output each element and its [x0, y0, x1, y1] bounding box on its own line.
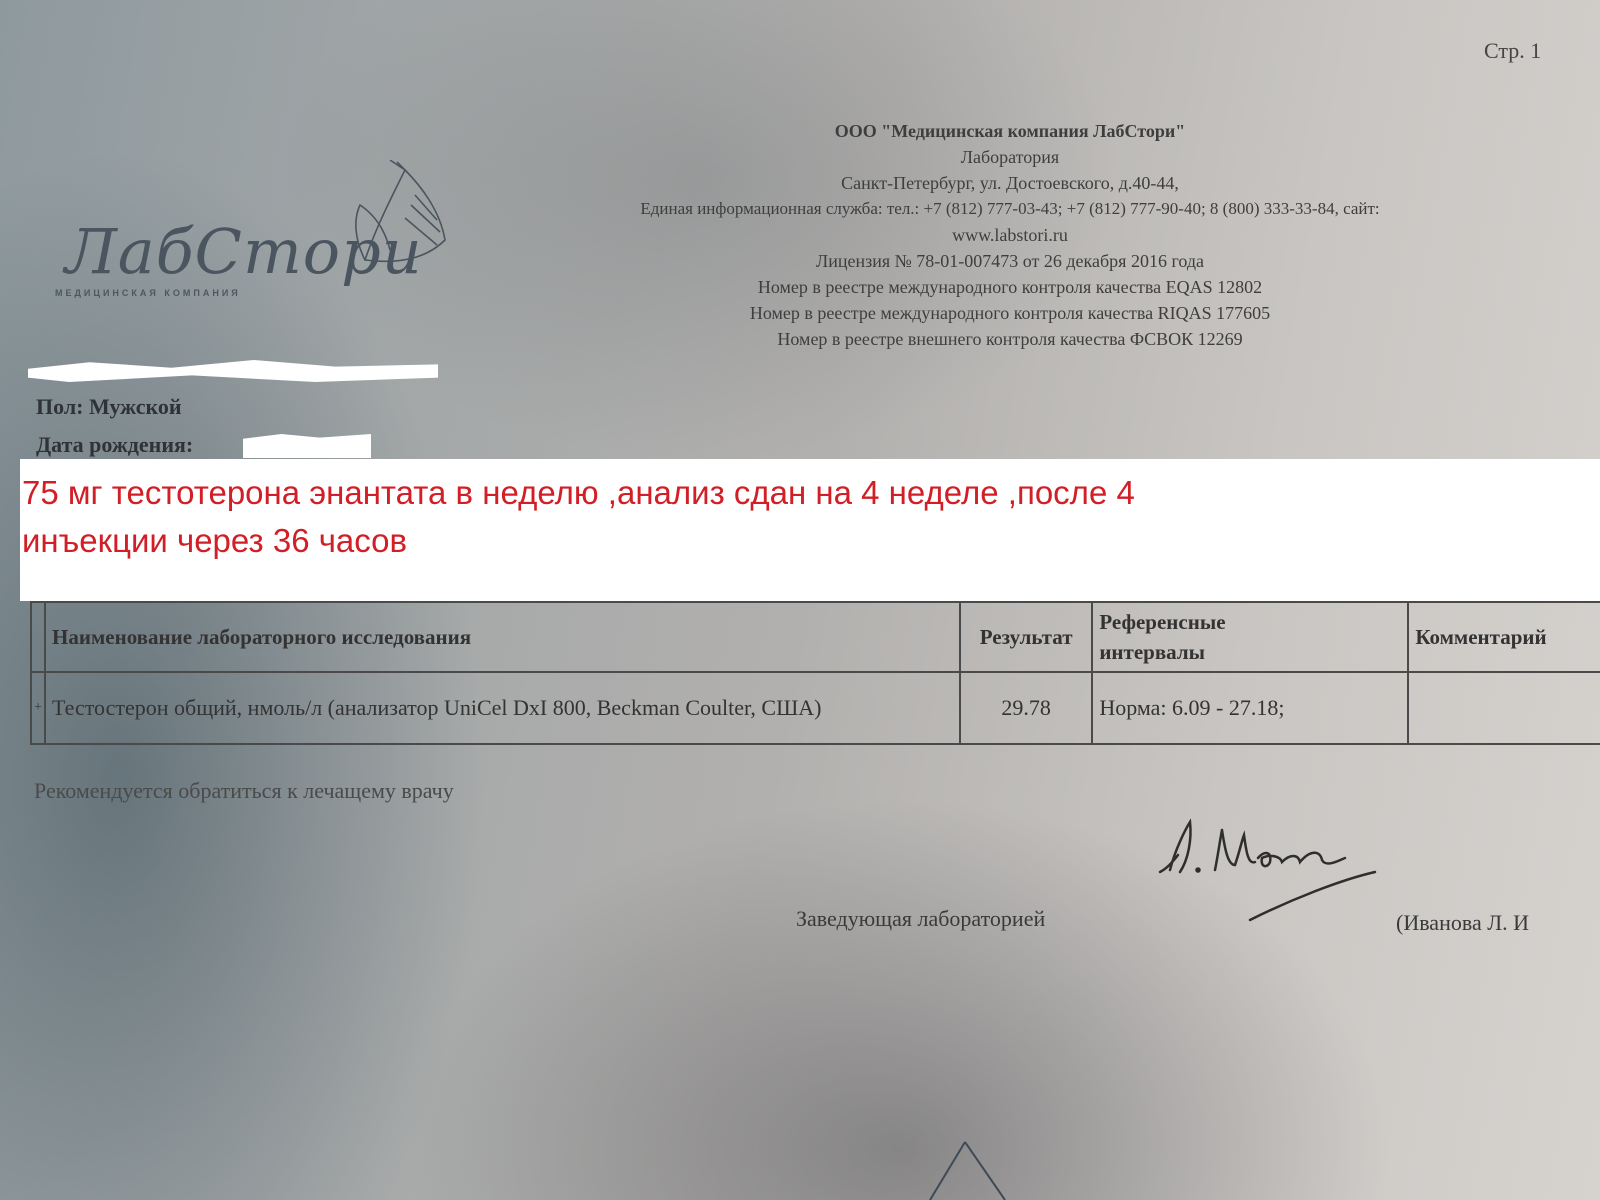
expand-column-header: [31, 602, 45, 672]
reference-header-line-2: интервалы: [1099, 637, 1401, 667]
test-name: Тестостерон общий, нмоль/л (анализатор U…: [45, 672, 960, 744]
company-name: ООО "Медицинская компания ЛабСтори": [480, 118, 1540, 144]
logo-wordmark: ЛабСтори: [65, 215, 423, 288]
column-header-name: Наименование лабораторного исследования: [45, 602, 960, 672]
column-header-result: Результат: [960, 602, 1092, 672]
redacted-patient-name: [28, 360, 438, 382]
license: Лицензия № 78-01-007473 от 26 декабря 20…: [480, 248, 1540, 274]
reference-header-line-1: Референсные: [1099, 607, 1401, 637]
results-table: Наименование лабораторного исследования …: [30, 601, 1600, 745]
eqas-registry: Номер в реестре международного контроля …: [480, 274, 1540, 300]
contact-phones: Единая информационная служба: тел.: +7 (…: [480, 196, 1540, 222]
page-number: Стр. 1: [1484, 38, 1541, 64]
department: Лаборатория: [480, 144, 1540, 170]
riqas-registry: Номер в реестре международного контроля …: [480, 300, 1540, 326]
redacted-dob: [243, 434, 371, 458]
annotation-overlay: 75 мг тестотерона энантата в неделю ,ана…: [20, 459, 1600, 601]
signature-icon: [1140, 810, 1400, 940]
company-logo: ЛабСтори медицинская компания: [55, 160, 475, 310]
lab-header: ООО "Медицинская компания ЛабСтори" Лабо…: [480, 118, 1540, 352]
expand-row-toggle[interactable]: +: [31, 672, 45, 744]
column-header-comment: Комментарий: [1408, 602, 1600, 672]
test-result: 29.78: [960, 672, 1092, 744]
patient-dob-label: Дата рождения:: [36, 432, 193, 458]
stamp-icon: [900, 1130, 1030, 1200]
patient-sex: Пол: Мужской: [36, 394, 182, 420]
test-reference-range: Норма: 6.09 - 27.18;: [1092, 672, 1408, 744]
address: Санкт-Петербург, ул. Достоевского, д.40-…: [480, 170, 1540, 196]
table-header-row: Наименование лабораторного исследования …: [31, 602, 1600, 672]
fsvok-registry: Номер в реестре внешнего контроля качест…: [480, 326, 1540, 352]
signer-name: (Иванова Л. И: [1396, 910, 1529, 936]
website: www.labstori.ru: [480, 222, 1540, 248]
recommendation-text: Рекомендуется обратиться к лечащему врач…: [34, 778, 454, 804]
annotation-line-1: 75 мг тестотерона энантата в неделю ,ана…: [22, 469, 1600, 517]
signer-title: Заведующая лабораторией: [796, 906, 1045, 932]
logo-subtitle: медицинская компания: [55, 288, 241, 298]
annotation-line-2: инъекции через 36 часов: [22, 517, 1600, 565]
column-header-reference: Референсные интервалы: [1092, 602, 1408, 672]
table-row: + Тестостерон общий, нмоль/л (анализатор…: [31, 672, 1600, 744]
test-comment: [1408, 672, 1600, 744]
